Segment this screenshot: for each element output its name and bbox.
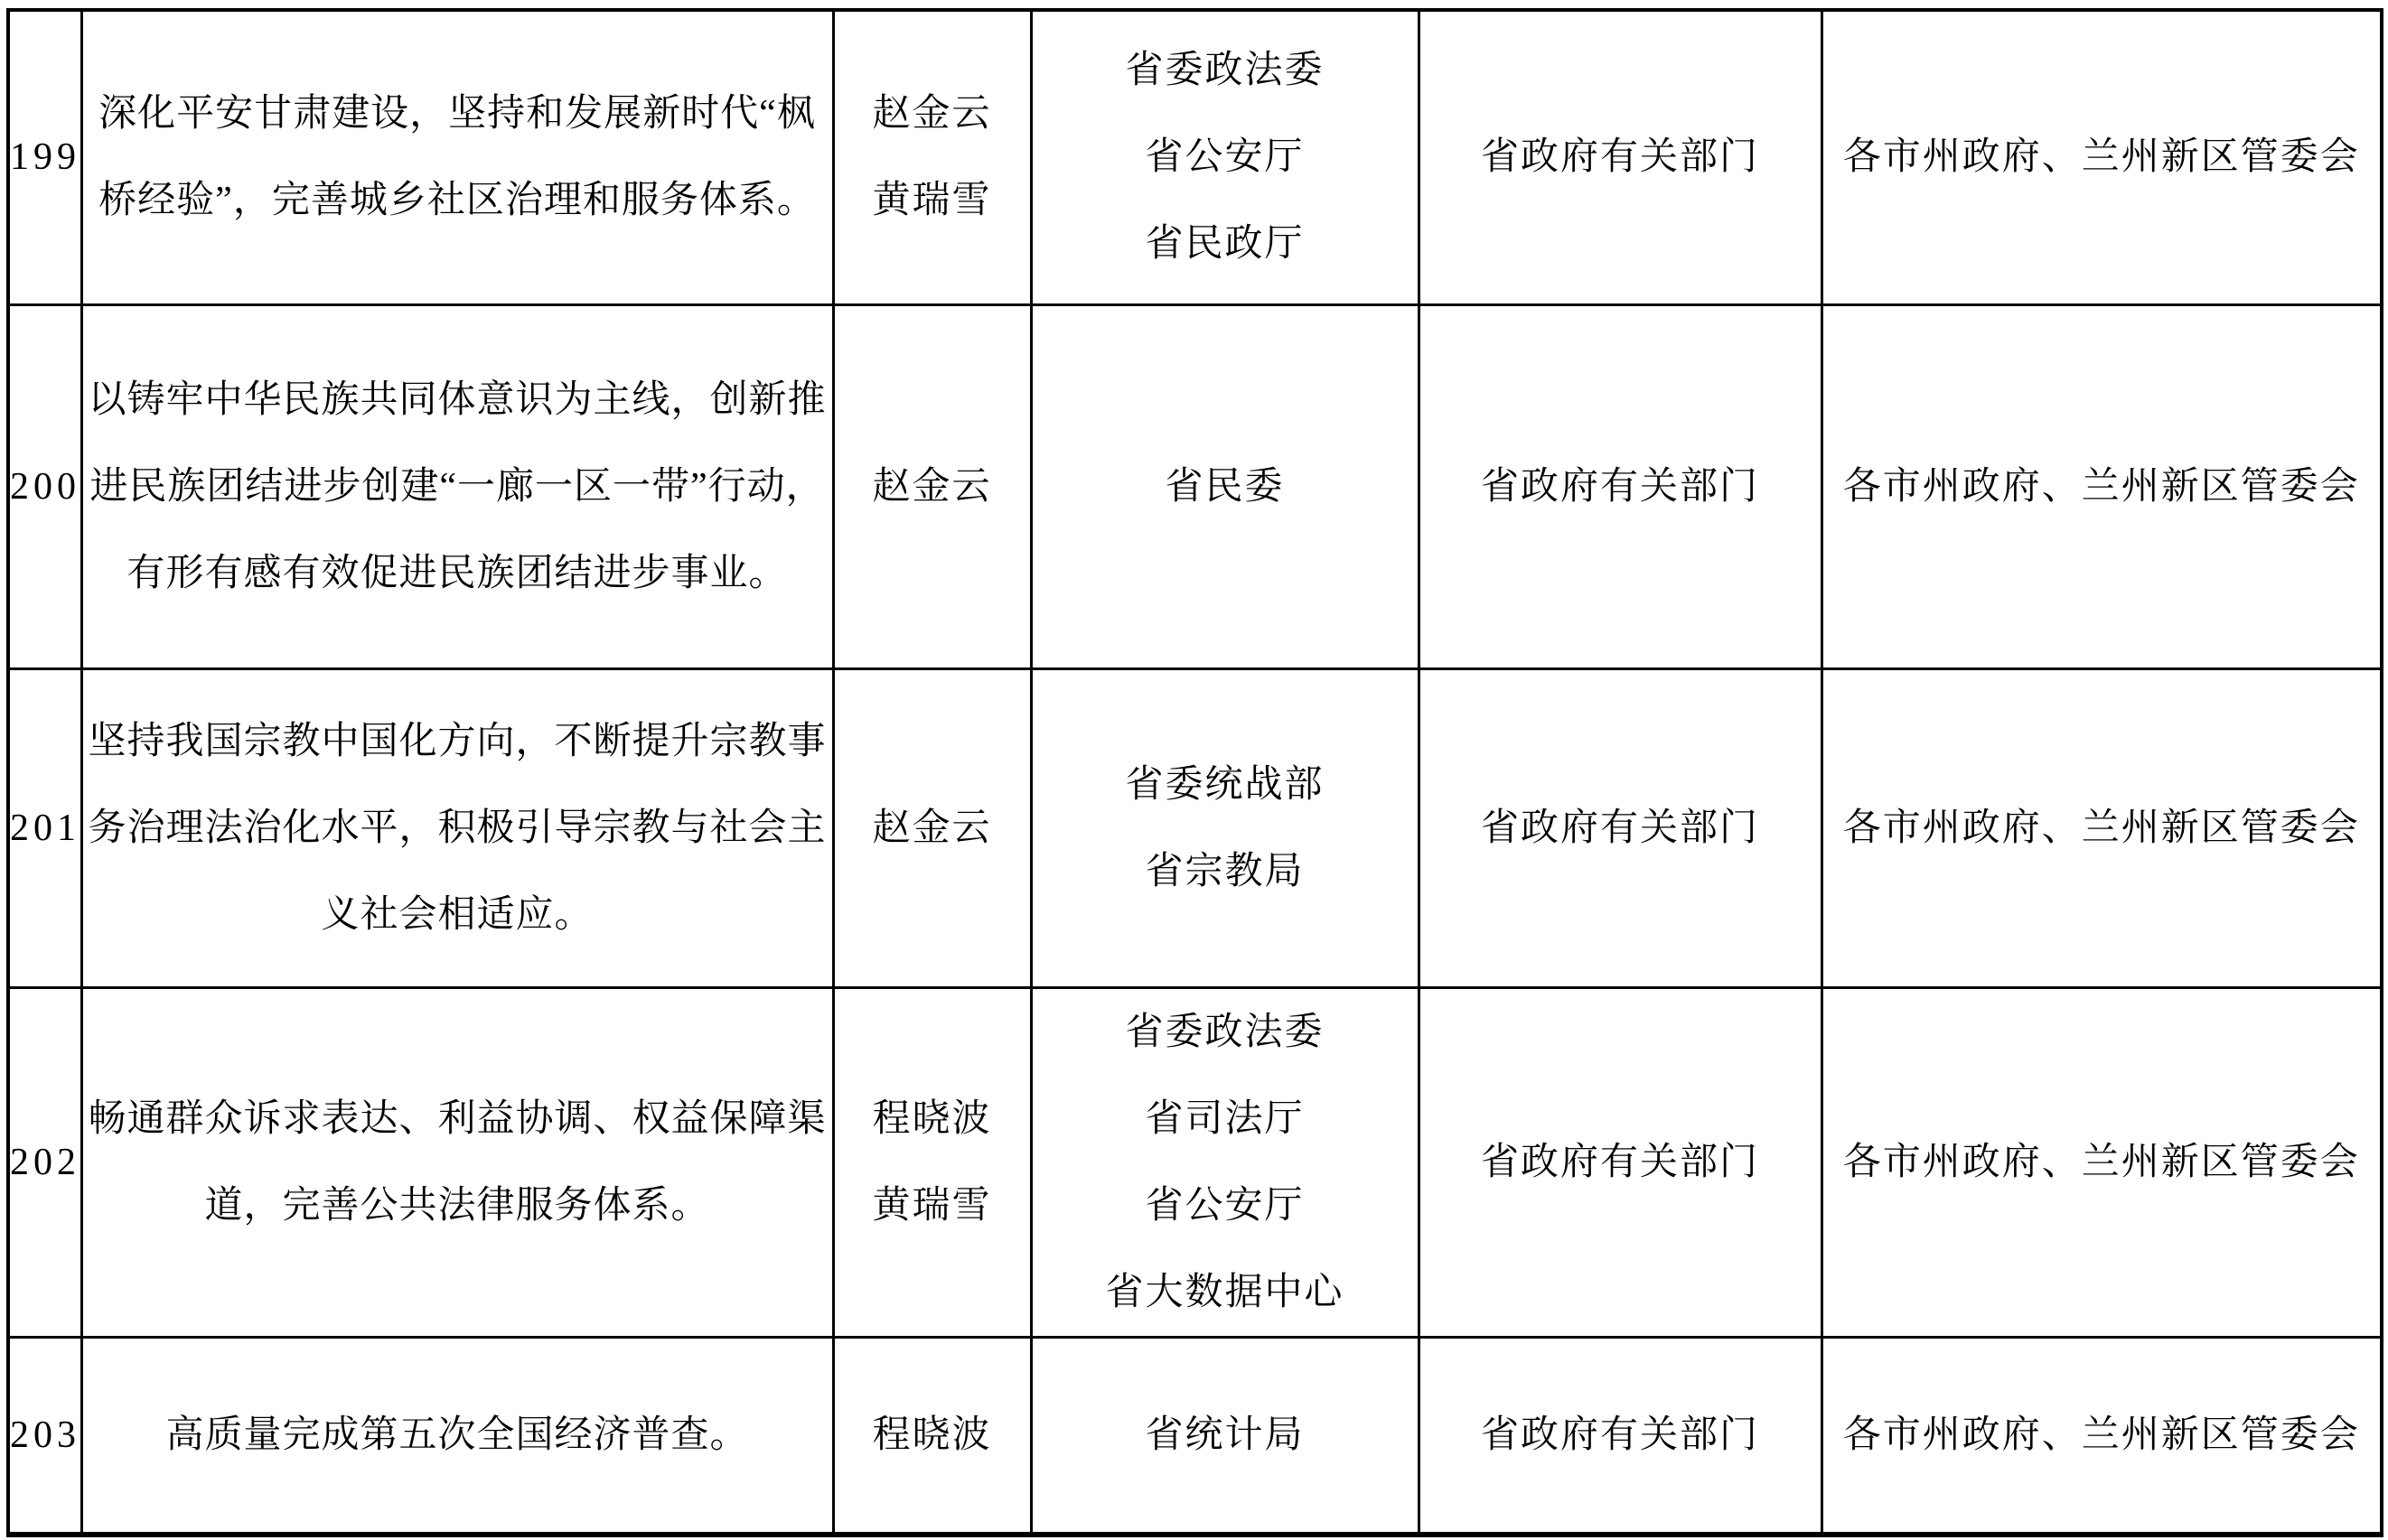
lead-unit: 省公安厅 [1033, 1162, 1418, 1249]
lead-unit: 省民政厅 [1033, 201, 1418, 287]
coordinating-cell: 省政府有关部门 [1419, 987, 1821, 1337]
table-row: 200 以铸牢中华民族共同体意识为主线，创新推进民族团结进步创建“一廊一区一带”… [8, 304, 2382, 668]
leader-name: 程晓波 [835, 1392, 1030, 1479]
lead-unit: 省统计局 [1033, 1392, 1418, 1479]
implementing-cell: 各市州政府、兰州新区管委会 [1821, 1337, 2382, 1535]
lead-units-cell: 省统计局 [1031, 1337, 1419, 1535]
leader-name: 赵金云 [835, 443, 1030, 530]
leader-name: 程晓波 [835, 1076, 1030, 1162]
leaders-cell: 赵金云 [833, 304, 1031, 668]
document-page: 199 深化平安甘肃建设，坚持和发展新时代“枫桥经验”，完善城乡社区治理和服务体… [0, 0, 2388, 1540]
task-cell: 坚持我国宗教中国化方向，不断提升宗教事务治理法治化水平，积极引导宗教与社会主义社… [81, 668, 833, 987]
leader-name: 黄瑞雪 [835, 1162, 1030, 1249]
coordinating-cell: 省政府有关部门 [1419, 668, 1821, 987]
table-row: 199 深化平安甘肃建设，坚持和发展新时代“枫桥经验”，完善城乡社区治理和服务体… [8, 10, 2382, 304]
lead-unit: 省司法厅 [1033, 1076, 1418, 1162]
lead-unit: 省大数据中心 [1033, 1249, 1418, 1336]
row-number-cell: 199 [8, 10, 81, 304]
task-cell: 畅通群众诉求表达、利益协调、权益保障渠道，完善公共法律服务体系。 [81, 987, 833, 1337]
lead-unit: 省宗教局 [1033, 828, 1418, 915]
coordinating-cell: 省政府有关部门 [1419, 1337, 1821, 1535]
lead-units-cell: 省委统战部 省宗教局 [1031, 668, 1419, 987]
leader-name: 黄瑞雪 [835, 157, 1030, 244]
row-number-cell: 202 [8, 987, 81, 1337]
lead-unit: 省委统战部 [1033, 742, 1418, 828]
task-cell: 以铸牢中华民族共同体意识为主线，创新推进民族团结进步创建“一廊一区一带”行动，有… [81, 304, 833, 668]
lead-units-cell: 省委政法委 省司法厅 省公安厅 省大数据中心 [1031, 987, 1419, 1337]
leaders-cell: 程晓波 黄瑞雪 [833, 987, 1031, 1337]
lead-units-cell: 省委政法委 省公安厅 省民政厅 [1031, 10, 1419, 304]
task-division-table: 199 深化平安甘肃建设，坚持和发展新时代“枫桥经验”，完善城乡社区治理和服务体… [6, 8, 2383, 1537]
implementing-cell: 各市州政府、兰州新区管委会 [1821, 304, 2382, 668]
implementing-cell: 各市州政府、兰州新区管委会 [1821, 10, 2382, 304]
table-row: 201 坚持我国宗教中国化方向，不断提升宗教事务治理法治化水平，积极引导宗教与社… [8, 668, 2382, 987]
implementing-cell: 各市州政府、兰州新区管委会 [1821, 987, 2382, 1337]
lead-unit: 省委政法委 [1033, 989, 1418, 1076]
row-number-cell: 203 [8, 1337, 81, 1535]
implementing-cell: 各市州政府、兰州新区管委会 [1821, 668, 2382, 987]
leaders-cell: 赵金云 [833, 668, 1031, 987]
lead-unit: 省民委 [1033, 443, 1418, 530]
leaders-cell: 程晓波 [833, 1337, 1031, 1535]
task-cell: 深化平安甘肃建设，坚持和发展新时代“枫桥经验”，完善城乡社区治理和服务体系。 [81, 10, 833, 304]
row-number-cell: 201 [8, 668, 81, 987]
leader-name: 赵金云 [835, 785, 1030, 872]
leader-name: 赵金云 [835, 70, 1030, 157]
lead-units-cell: 省民委 [1031, 304, 1419, 668]
table-row: 202 畅通群众诉求表达、利益协调、权益保障渠道，完善公共法律服务体系。 程晓波… [8, 987, 2382, 1337]
row-number-cell: 200 [8, 304, 81, 668]
leaders-cell: 赵金云 黄瑞雪 [833, 10, 1031, 304]
lead-unit: 省委政法委 [1033, 27, 1418, 114]
lead-unit: 省公安厅 [1033, 114, 1418, 201]
table-row: 203 高质量完成第五次全国经济普查。 程晓波 省统计局 省政府有关部门 各市州… [8, 1337, 2382, 1535]
coordinating-cell: 省政府有关部门 [1419, 304, 1821, 668]
coordinating-cell: 省政府有关部门 [1419, 10, 1821, 304]
task-cell: 高质量完成第五次全国经济普查。 [81, 1337, 833, 1535]
